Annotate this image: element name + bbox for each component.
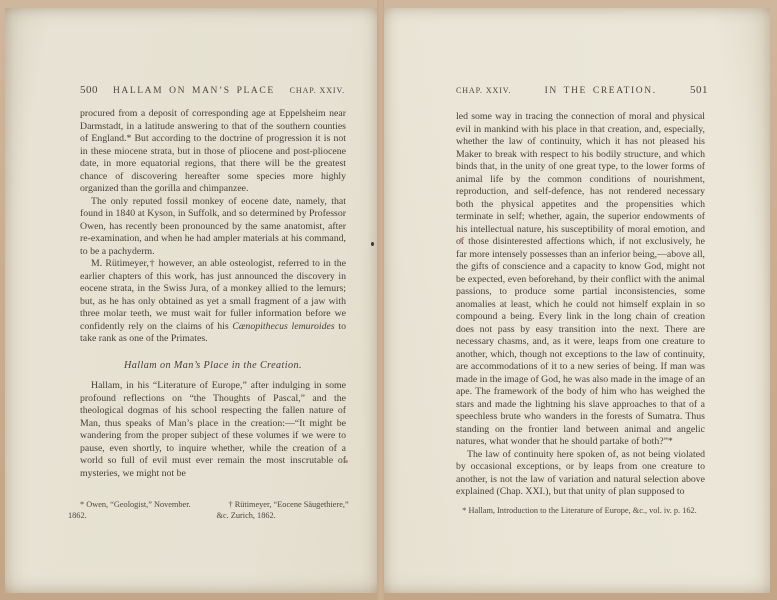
chapter-label-right: CHAP. XXIV. — [456, 86, 511, 95]
paragraph-hallam-quote: Hallam, in his “Literature of Europe,” a… — [80, 380, 346, 480]
footnote-owen: * Owen, “Geologist,” November. 1862. — [68, 500, 201, 522]
dust-speck — [460, 238, 463, 242]
ink-speck — [371, 242, 374, 246]
dust-speck — [345, 460, 348, 463]
paragraph-fossil-monkey: The only reputed fossil monkey of eocene… — [80, 196, 346, 259]
page-right-header: CHAP. XXIV. IN THE CREATION. 501 — [456, 84, 708, 96]
page-number-left: 500 — [80, 84, 98, 96]
running-title-left: HALLAM ON MAN’S PLACE — [98, 86, 290, 96]
running-title-right: IN THE CREATION. — [511, 86, 690, 96]
page-right-body: led some way in tracing the connection o… — [456, 111, 705, 499]
page-left-header: 500 HALLAM ON MAN’S PLACE CHAP. XXIV. — [80, 84, 345, 96]
book-spread: 500 HALLAM ON MAN’S PLACE CHAP. XXIV. pr… — [0, 0, 777, 600]
paragraph-rutimeyer: M. Rütimeyer,† however, an able osteolog… — [80, 258, 346, 346]
footnote-hallam: * Hallam, Introduction to the Literature… — [444, 506, 715, 517]
paragraph-law-explained: The law of continuity here spoken of, as… — [456, 449, 705, 499]
page-left-body: procured from a deposit of corresponding… — [80, 108, 346, 497]
chapter-label-left: CHAP. XXIV. — [290, 86, 345, 95]
page-left-footnotes: * Owen, “Geologist,” November. 1862. † R… — [68, 500, 349, 522]
paragraph-eppelsheim: procured from a deposit of corresponding… — [80, 108, 346, 196]
species-name-italic: Cænopithecus lemuroides — [232, 321, 334, 332]
section-heading: Hallam on Man’s Place in the Creation. — [80, 360, 346, 373]
paragraph-law-of-continuity: led some way in tracing the connection o… — [456, 111, 705, 449]
page-right: CHAP. XXIV. IN THE CREATION. 501 led som… — [384, 8, 770, 593]
page-left: 500 HALLAM ON MAN’S PLACE CHAP. XXIV. pr… — [5, 8, 377, 593]
footnote-rutimeyer: † Rütimeyer, “Eocene Säugethiere,” &c. Z… — [217, 500, 350, 522]
book-gutter — [377, 0, 384, 600]
page-number-right: 501 — [690, 84, 708, 96]
